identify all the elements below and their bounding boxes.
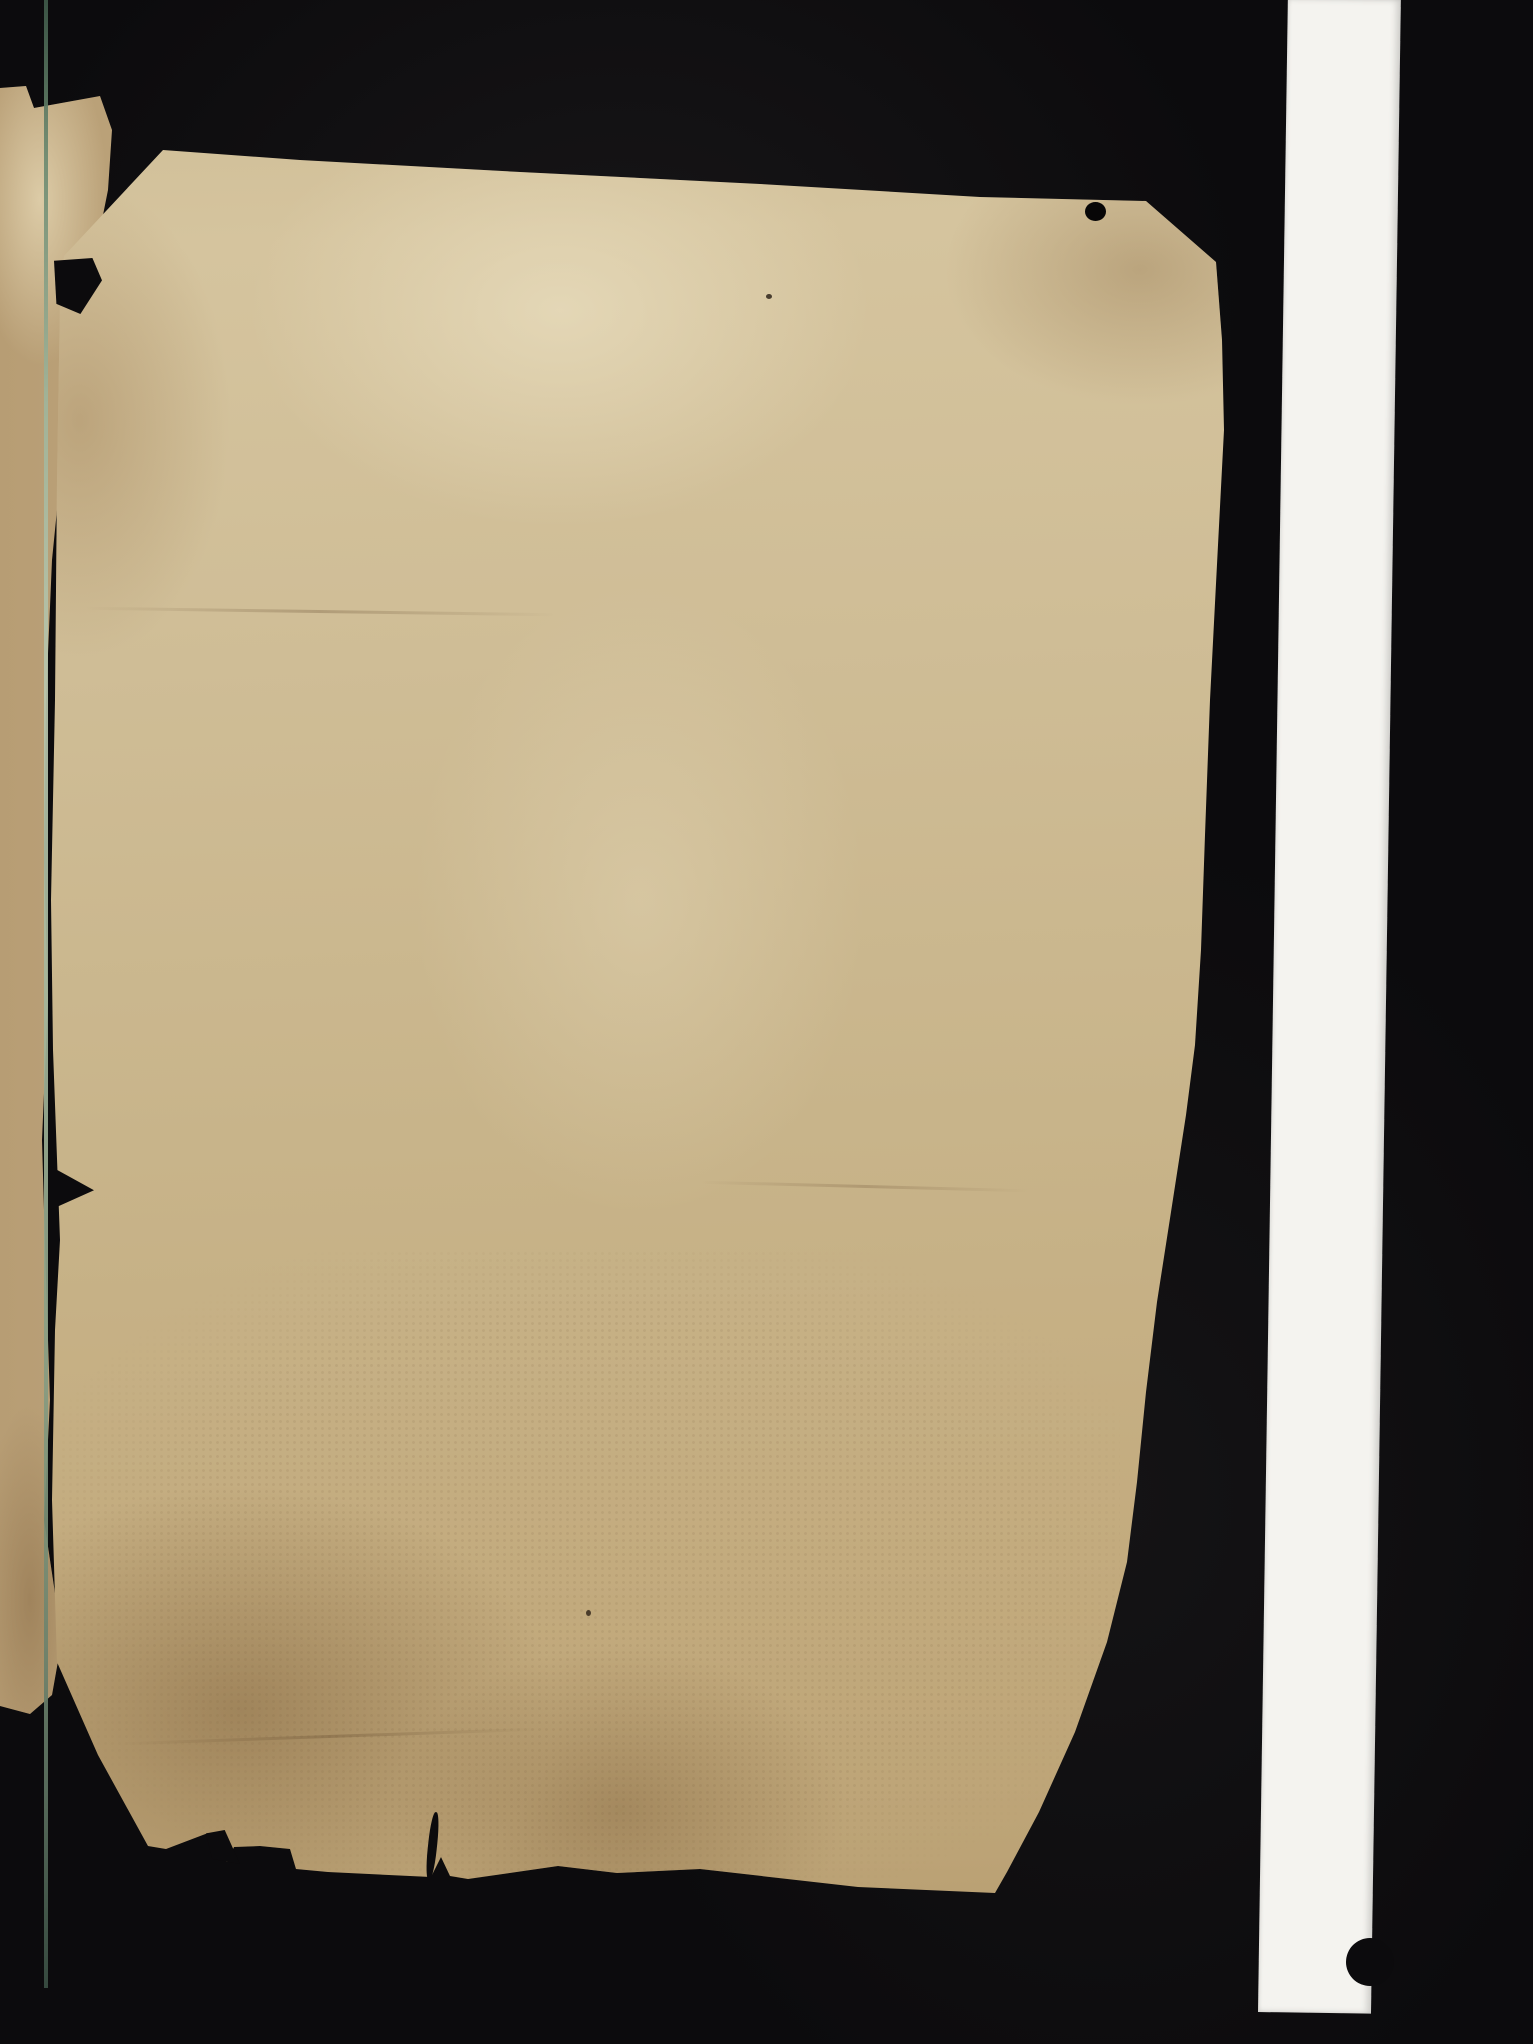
ruler-hanging-notch [1346,1938,1394,1986]
binding-glass-line [44,0,48,1988]
wormhole [1085,202,1106,221]
ink-fleck [586,1610,591,1616]
crease-line [700,1181,1030,1193]
crease-line [85,607,555,617]
centimetre-ruler [1258,0,1401,2014]
photo-scene [0,0,1533,2044]
parchment-grain [60,1250,1120,1890]
ink-fleck [766,294,772,299]
